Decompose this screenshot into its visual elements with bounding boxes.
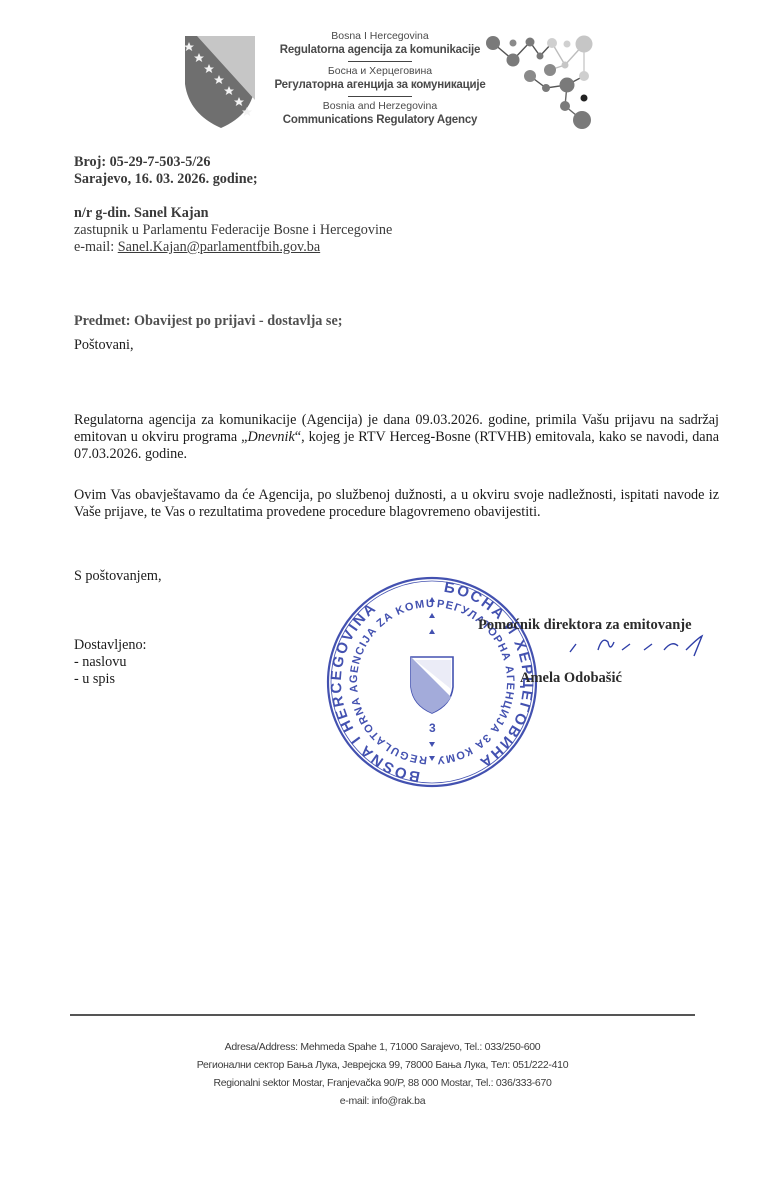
- header-divider: [348, 61, 412, 62]
- country-name-cyrillic: Босна и Херцеговина: [270, 65, 490, 78]
- reference-place-date: Sarajevo, 16. 03. 2026. godine;: [74, 171, 258, 188]
- greeting: Poštovani,: [74, 337, 134, 354]
- footer-email: e-mail: info@rak.ba: [70, 1092, 695, 1110]
- agency-name-cyrillic: Регулаторна агенција за комуникације: [270, 78, 490, 92]
- footer-contact: Adresa/Address: Mehmeda Spahe 1, 71000 S…: [70, 1038, 695, 1110]
- signatory-name: Amela Odobašić: [520, 670, 622, 687]
- agency-name-english: Communications Regulatory Agency: [270, 113, 490, 127]
- program-name: Dnevnik: [247, 429, 294, 445]
- subject-line: Predmet: Obavijest po prijavi - dostavlj…: [74, 313, 342, 330]
- official-stamp-icon: BOSNA I HERCEGOVINA REGULATORNA AGENCIJA…: [325, 575, 540, 790]
- footer-address-sarajevo: Adresa/Address: Mehmeda Spahe 1, 71000 S…: [70, 1038, 695, 1056]
- closing-salutation: S poštovanjem,: [74, 568, 162, 585]
- header-divider: [348, 96, 412, 97]
- reference-number: Broj: 05-29-7-503-5/26: [74, 154, 258, 171]
- footer-divider: [70, 1014, 695, 1016]
- recipient-block: n/r g-din. Sanel Kajan zastupnik u Parla…: [74, 205, 392, 256]
- molecule-network-icon: [480, 28, 600, 136]
- email-label: e-mail:: [74, 239, 118, 255]
- agency-header: Bosna I Hercegovina Regulatorna agencija…: [270, 30, 490, 127]
- country-name-latin: Bosna I Hercegovina: [270, 30, 490, 43]
- stamp-number: 3: [429, 721, 436, 735]
- bih-coat-of-arms-icon: [183, 34, 257, 130]
- body-paragraph-1: Regulatorna agencija za komunikacije (Ag…: [74, 412, 719, 463]
- handwritten-signature-icon: [560, 630, 710, 660]
- country-name-english: Bosnia and Herzegovina: [270, 100, 490, 113]
- recipient-email-link[interactable]: Sanel.Kajan@parlamentfbih.gov.ba: [118, 239, 320, 255]
- footer-address-mostar: Regionalni sektor Mostar, Franjevačka 90…: [70, 1074, 695, 1092]
- delivered-label: Dostavljeno:: [74, 637, 147, 654]
- footer-address-banja-luka: Регионални сектор Бања Лука, Јеврејска 9…: [70, 1056, 695, 1074]
- recipient-name: n/r g-din. Sanel Kajan: [74, 205, 392, 222]
- body-paragraph-2: Ovim Vas obavještavamo da će Agencija, p…: [74, 487, 719, 521]
- recipient-email-line: e-mail: Sanel.Kajan@parlamentfbih.gov.ba: [74, 239, 392, 256]
- recipient-role: zastupnik u Parlamentu Federacije Bosne …: [74, 222, 392, 239]
- delivered-item: - naslovu: [74, 654, 147, 671]
- delivered-item: - u spis: [74, 671, 147, 688]
- document-reference: Broj: 05-29-7-503-5/26 Sarajevo, 16. 03.…: [74, 154, 258, 188]
- delivered-list: Dostavljeno: - naslovu - u spis: [74, 637, 147, 688]
- agency-name-latin: Regulatorna agencija za komunikacije: [270, 43, 490, 57]
